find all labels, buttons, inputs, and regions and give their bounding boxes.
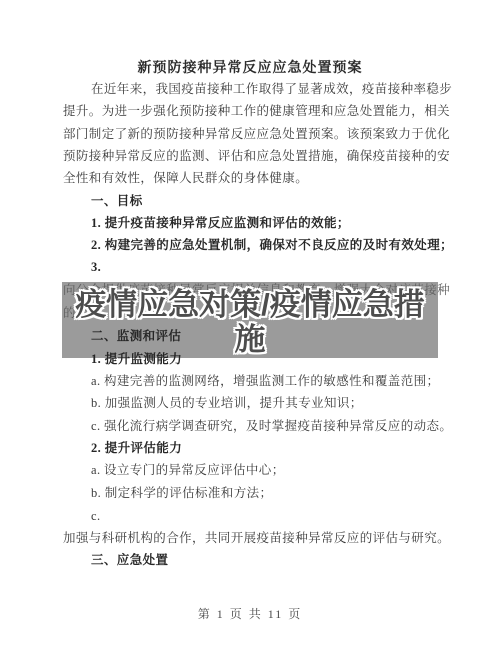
watermark-text: 疫情应急对策/疫情应急措施: [64, 287, 436, 357]
section-heading-emergency: 三、应急处置: [91, 553, 168, 568]
document-line: 全性和有效性，保障人民群众的身体健康。: [63, 171, 308, 186]
document-line: c. 强化流行病学调查研究，及时掌握疫苗接种异常反应的动态。: [91, 419, 452, 434]
document-line: a. 设立专门的异常反应评估中心；: [91, 463, 285, 478]
document-line: 1. 提升疫苗接种异常反应监测和评估的效能；: [91, 216, 350, 231]
document-line: 在近年来，我国疫苗接种工作取得了显著成效，疫苗接种率稳步: [91, 82, 452, 97]
page-number: 第 1 页 共 11 页: [0, 605, 500, 622]
document-line: 提升。为进一步强化预防接种工作的健康管理和应急处置能力，相关: [63, 104, 450, 119]
document-line: 加强与科研机构的合作，共同开展疫苗接种异常反应的评估与研究。: [63, 531, 450, 546]
section-heading-goals: 一、目标: [91, 194, 143, 209]
document-line: a. 构建完善的监测网络，增强监测工作的敏感性和覆盖范围；: [91, 374, 439, 389]
document-line: b. 加强监测人员的专业培训，提升其专业知识；: [91, 396, 363, 411]
document-line: b. 制定科学的评估标准和方法；: [91, 486, 272, 501]
document-line: 2. 提升评估能力: [91, 441, 182, 456]
document-line: c.: [91, 509, 100, 524]
document-line: 部门制定了新的预防接种异常反应应急处置预案。该预案致力于优化: [63, 127, 450, 142]
document-title: 新预防接种异常反应应急处置预案: [0, 57, 500, 77]
document-line: 3.: [91, 260, 101, 275]
document-line: 预防接种异常反应的监测、评估和应急处置措施，确保疫苗接种的安: [63, 149, 450, 164]
document-page: 新预防接种异常反应应急处置预案 在近年来，我国疫苗接种工作取得了显著成效，疫苗接…: [0, 0, 500, 647]
document-line: 2. 构建完善的应急处置机制，确保对不良反应的及时有效处理；: [91, 238, 453, 253]
